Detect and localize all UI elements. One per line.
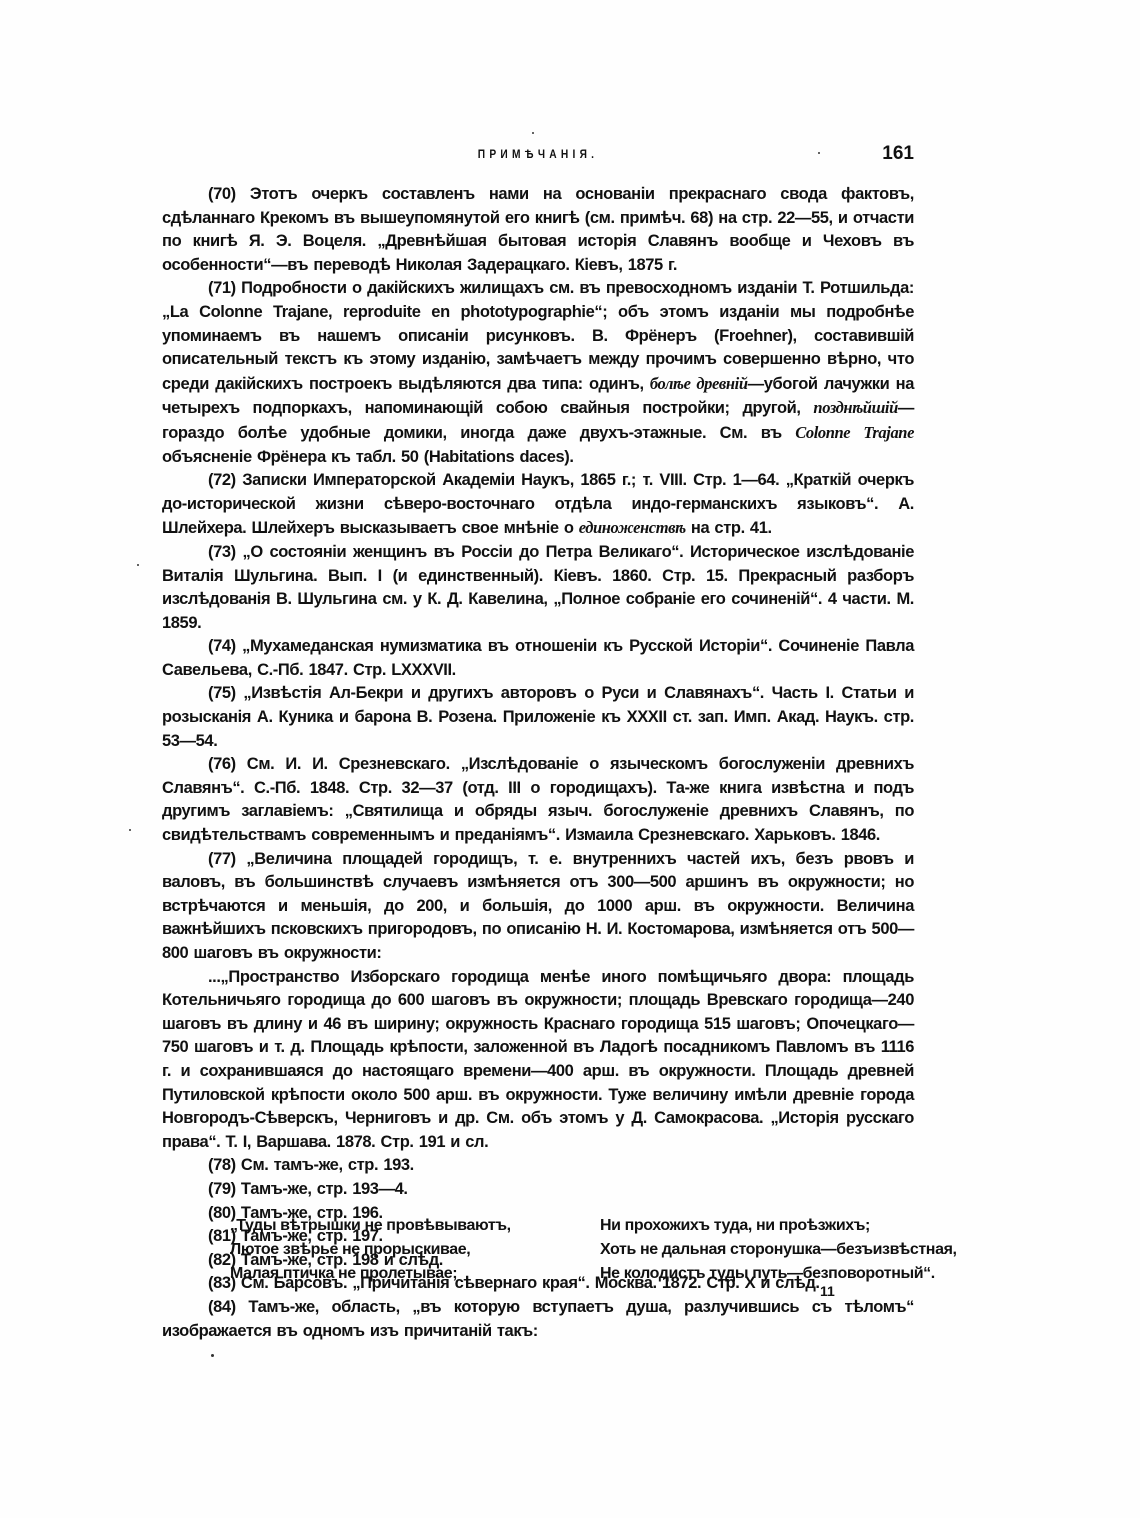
verse-line: Лютое звѣрье не прорыскивае,: [230, 1238, 530, 1262]
note-76: (76) См. И. И. Срезневскаго. „Изслѣдован…: [162, 753, 914, 847]
verse-column-right: Ни прохожихъ туда, ни проѣзжихъ; Хоть не…: [600, 1214, 900, 1286]
note-74: (74) „Мухамеданская нумизматика въ отнош…: [162, 635, 914, 682]
note-72-emphasis: единоженствѣ: [579, 518, 686, 537]
lament-verse: „Туды вѣтрышки не провѣвываютъ, Лютое зв…: [230, 1214, 910, 1286]
verse-line: Малая птичка не пролетывае;: [230, 1262, 530, 1286]
running-head: ПРИМѢЧАНІЯ. 161: [162, 143, 914, 169]
verse-line: „Туды вѣтрышки не провѣвываютъ,: [230, 1214, 530, 1238]
scan-speck: [129, 829, 131, 831]
note-72-text: (72) Записки Императорской Академіи Наук…: [162, 471, 914, 537]
note-72-text: на стр. 41.: [686, 519, 772, 537]
note-79: (79) Тамъ-же, стр. 193—4.: [162, 1178, 914, 1202]
scan-speck: [137, 564, 139, 566]
book-page: ПРИМѢЧАНІЯ. 161 (70) Этотъ очеркъ состав…: [0, 0, 1140, 1518]
note-70: (70) Этотъ очеркъ составленъ нами на осн…: [162, 183, 914, 277]
note-77-quote: ...„Пространство Изборскаго городища мен…: [162, 966, 914, 1155]
printer-signature-mark: 11: [820, 1283, 835, 1299]
scan-speck: [890, 1092, 892, 1094]
verse-line: Хоть не дальная сторонушка—безъизвѣстная…: [600, 1238, 900, 1262]
note-71: (71) Подробности о дакійскихъ жилищахъ с…: [162, 277, 914, 469]
notes-section: (70) Этотъ очеркъ составленъ нами на осн…: [162, 183, 914, 1343]
note-71-emphasis: позднѣйшій: [813, 398, 897, 417]
note-71-emphasis: болѣе древній: [650, 374, 748, 393]
verse-column-left: „Туды вѣтрышки не провѣвываютъ, Лютое зв…: [230, 1214, 530, 1286]
page-number: 161: [882, 143, 914, 165]
note-72: (72) Записки Императорской Академіи Наук…: [162, 469, 914, 541]
note-71-text: объясненіе Фрёнера къ табл. 50 (Habitati…: [162, 448, 574, 466]
verse-line: Ни прохожихъ туда, ни проѣзжихъ;: [600, 1214, 900, 1238]
note-71-emphasis: Colonne Trajane: [795, 423, 914, 442]
note-73: (73) „О состояніи женщинъ въ Россіи до П…: [162, 541, 914, 635]
note-77: (77) „Величина площадей городищъ, т. е. …: [162, 848, 914, 966]
running-title: ПРИМѢЧАНІЯ.: [218, 147, 857, 161]
note-78: (78) См. тамъ-же, стр. 193.: [162, 1154, 914, 1178]
scan-speck: [532, 132, 534, 134]
scan-speck: [818, 152, 820, 154]
scan-speck: [211, 1354, 214, 1357]
note-75: (75) „Извѣстія Ал-Бекри и другихъ авторо…: [162, 682, 914, 753]
note-84: (84) Тамъ-же, область, „въ которую вступ…: [162, 1296, 914, 1343]
verse-line: Не колодистъ туды путь—безповоротный“.: [600, 1262, 900, 1286]
